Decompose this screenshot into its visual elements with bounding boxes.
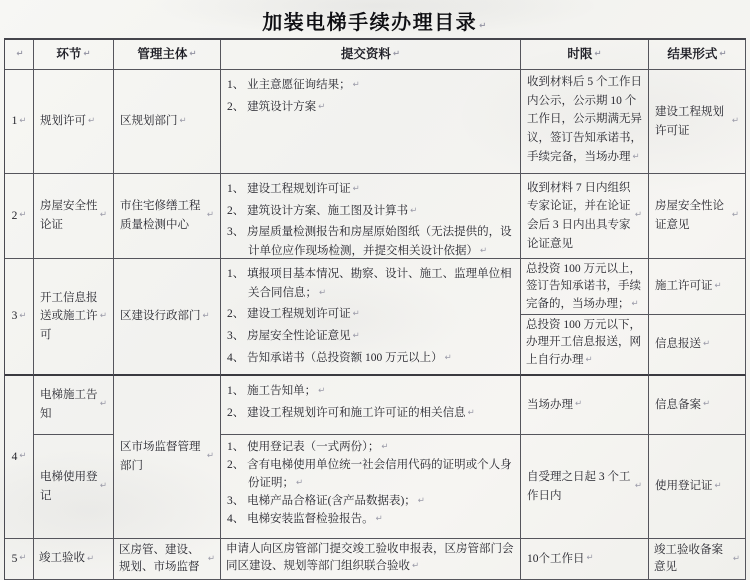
material-item: 2、 建筑设计方案、施工图及计算书 [227, 202, 514, 221]
row5-authority: 区房管、建设、规划、市场监督 [114, 539, 221, 580]
material-item: 3、 房屋安全性论证意见 [227, 327, 514, 346]
material-item: 1、 业主意愿征询结果； [227, 76, 514, 95]
row5-step: 竣工验收 [34, 539, 114, 580]
row3-index: 3 [5, 259, 34, 376]
row1-time-limit: 收到材料后 5 个工作日内公示，公示期 10 个工作日，公示期满无异议，签订告知… [521, 70, 649, 174]
row4-authority: 区市场监督管理部门 [114, 376, 221, 539]
header-time-limit: 时限 [521, 40, 649, 70]
row3-sub1-result: 施工许可证 [649, 259, 746, 315]
row4-sub1-materials: 1、 施工告知单； 2、 建设工程规划许可和施工许可证的相关信息 [221, 376, 521, 435]
row4-sub2-time-limit: 自受理之日起 3 个工作日内 [521, 435, 649, 539]
row3-step: 开工信息报送或施工许可 [34, 259, 114, 376]
row1-materials: 1、 业主意愿征询结果； 2、 建筑设计方案 [221, 70, 521, 174]
row5-result: 竣工验收备案意见 [649, 539, 746, 580]
row4-sub1-time-limit: 当场办理 [521, 376, 649, 435]
header-authority: 管理主体 [114, 40, 221, 70]
material-item: 4、 告知承诺书（总投资额 100 万元以上） [227, 349, 514, 368]
row4-sub2-step: 电梯使用登记 [34, 435, 114, 539]
row2-step: 房屋安全性论证 [34, 174, 114, 259]
material-item: 2、 含有电梯使用单位统一社会信用代码的证明或个人身份证明； [227, 457, 514, 492]
header-index [5, 40, 34, 70]
row4-index: 4 [5, 376, 34, 539]
row3-sub1-time-limit: 总投资 100 万元以上，签订告知承诺书，手续完备的，当场办理； [521, 259, 649, 315]
material-item: 1、 填报项目基本情况、勘察、设计、施工、监理单位相关合同信息； [227, 265, 514, 302]
row3-materials: 1、 填报项目基本情况、勘察、设计、施工、监理单位相关合同信息； 2、 建设工程… [221, 259, 521, 376]
procedure-table: 环节 管理主体 提交资料 时限 结果形式 1 规划许可 区规划部门 1、 业主意… [4, 38, 746, 580]
row3-sub2-result: 信息报送 [649, 315, 746, 376]
row1-step: 规划许可 [34, 70, 114, 174]
row2-result: 房屋安全性论证意见 [649, 174, 746, 259]
material-item: 1、 使用登记表（一式两份）； [227, 439, 514, 456]
row2-materials: 1、 建设工程规划许可证 2、 建筑设计方案、施工图及计算书 3、 房屋质量检测… [221, 174, 521, 259]
material-item: 2、 建设工程规划许可和施工许可证的相关信息 [227, 404, 514, 423]
header-result-form: 结果形式 [649, 40, 746, 70]
material-item: 2、 建筑设计方案 [227, 98, 514, 117]
row1-index: 1 [5, 70, 34, 174]
row2-authority: 市住宅修缮工程质量检测中心 [114, 174, 221, 259]
row1-authority: 区规划部门 [114, 70, 221, 174]
header-materials: 提交资料 [221, 40, 521, 70]
material-item: 1、 建设工程规划许可证 [227, 180, 514, 199]
document-title: 加装电梯手续办理目录 [0, 6, 750, 35]
material-item: 3、 房屋质量检测报告和房屋原始图纸（无法提供的，设计单位应作现场检测，并提交相… [227, 223, 514, 259]
header-step: 环节 [34, 40, 114, 70]
row4-sub2-result: 使用登记证 [649, 435, 746, 539]
material-item: 4、 电梯安装监督检验报告。 [227, 511, 514, 528]
row4-sub1-result: 信息备案 [649, 376, 746, 435]
material-item: 1、 施工告知单； [227, 382, 514, 401]
row3-sub2-time-limit: 总投资 100 万元以下，办理开工信息报送，网上自行办理 [521, 315, 649, 376]
material-item: 3、 电梯产品合格证(含产品数据表)； [227, 493, 514, 510]
row5-time-limit: 10个工作日 [521, 539, 649, 580]
row5-index: 5 [5, 539, 34, 580]
scanned-document-page: 加装电梯手续办理目录 环节 管理主体 提交资料 时限 结果形式 1 规划许可 区… [0, 0, 750, 580]
row3-authority: 区建设行政部门 [114, 259, 221, 376]
row2-index: 2 [5, 174, 34, 259]
row5-materials: 申请人向区房管部门提交竣工验收申报表，区房管部门会同区建设、规划等部门组织联合验… [221, 539, 521, 580]
material-item: 2、 建设工程规划许可证 [227, 305, 514, 324]
row1-result: 建设工程规划许可证 [649, 70, 746, 174]
row4-sub2-materials: 1、 使用登记表（一式两份）； 2、 含有电梯使用单位统一社会信用代码的证明或个… [221, 435, 521, 539]
row2-time-limit: 收到材料 7 日内组织专家论证，并在论证会后 3 日内出具专家论证意见 [521, 174, 649, 259]
row4-sub1-step: 电梯施工告知 [34, 376, 114, 435]
